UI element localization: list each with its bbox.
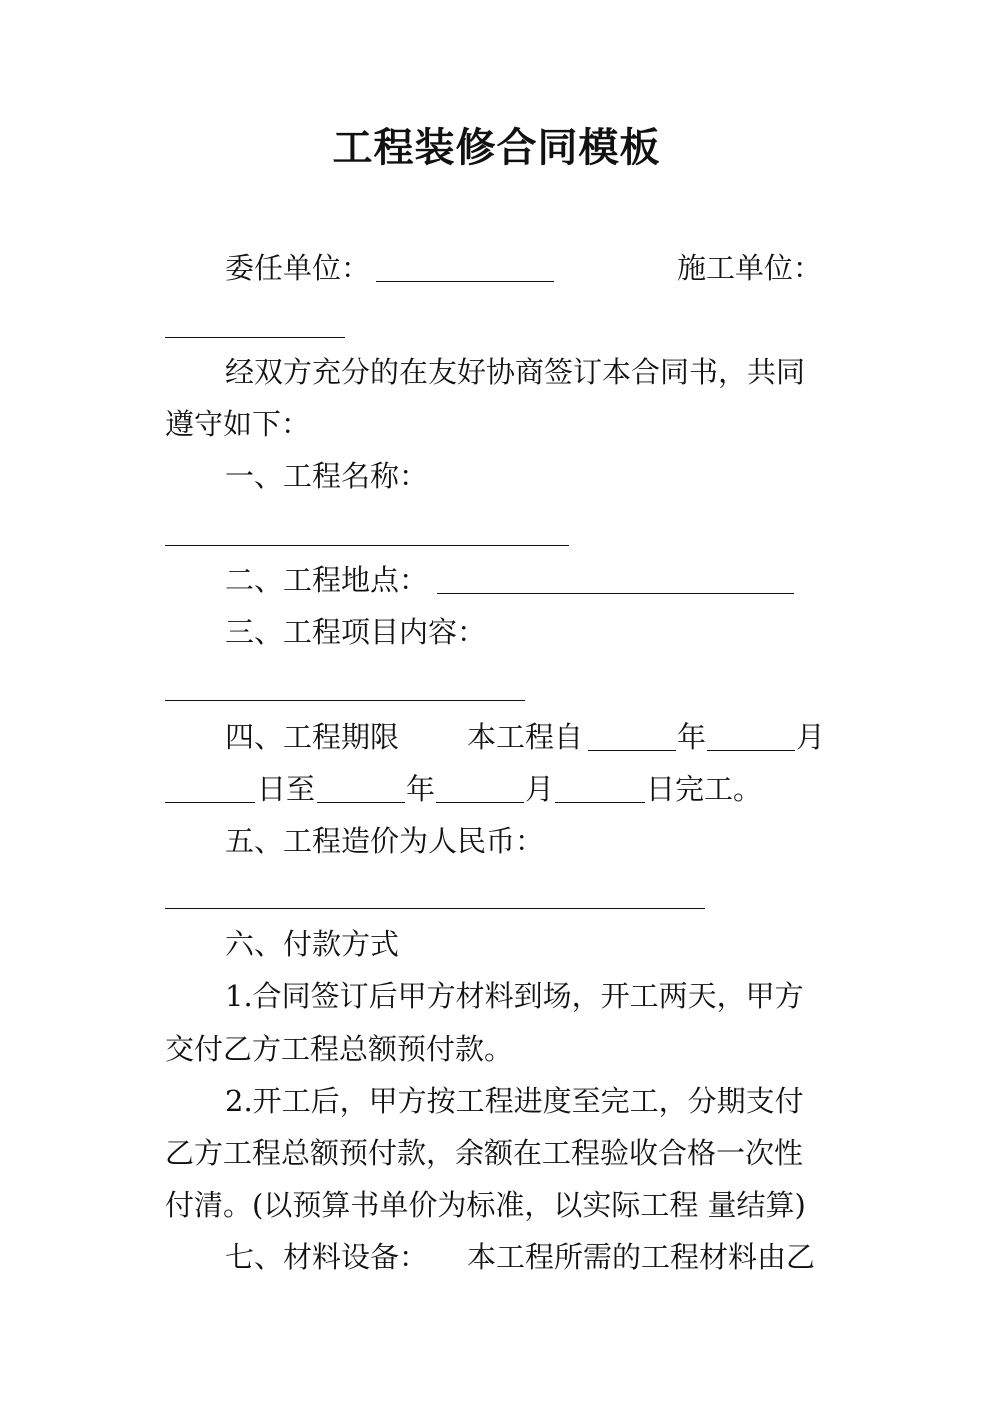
section-3-project-content-label: 三、工程项目内容： <box>225 612 486 652</box>
client-blank[interactable] <box>376 281 554 282</box>
end-month-blank[interactable] <box>436 802 524 803</box>
section-2-project-location-label: 二、工程地点： <box>225 560 428 600</box>
intro-line-2: 遵守如下： <box>165 404 310 444</box>
payment-item-1-line-2: 交付乙方工程总额预付款。 <box>165 1029 513 1069</box>
payment-item-2-line-2: 乙方工程总额预付款，余额在工程验收合格一次性 <box>165 1133 803 1173</box>
document-title: 工程装修合同模板 <box>0 122 993 174</box>
end-day-blank[interactable] <box>555 802 645 803</box>
intro-line-1: 经双方充分的在友好协商签订本合同书，共同 <box>225 352 805 392</box>
project-content-blank[interactable] <box>165 700 525 701</box>
section-4-duration-label: 四、工程期限 <box>225 717 399 757</box>
project-name-blank[interactable] <box>165 545 569 546</box>
contractor-label: 施工单位： <box>677 248 822 288</box>
payment-item-1-line-1: 1.合同签订后甲方材料到场，开工两天，甲方 <box>225 976 804 1016</box>
payment-item-2-line-3: 付清。(以预算书单价为标准，以实际工程 量结算) <box>165 1185 806 1225</box>
contractor-blank[interactable] <box>165 337 345 338</box>
document-page: 工程装修合同模板 委任单位： 施工单位： 经双方充分的在友好协商签订本合同书，共… <box>0 0 993 1404</box>
start-day-blank[interactable] <box>165 802 255 803</box>
client-label: 委任单位： <box>225 248 370 288</box>
end-month-unit: 月 <box>525 769 554 809</box>
materials-text: 本工程所需的工程材料由乙 <box>467 1237 815 1277</box>
section-5-price-label: 五、工程造价为人民币： <box>225 821 544 861</box>
section-1-project-name-label: 一、工程名称： <box>225 456 428 496</box>
price-blank[interactable] <box>165 908 705 909</box>
section-6-payment-label: 六、付款方式 <box>225 924 399 964</box>
section-7-materials-label: 七、材料设备： <box>225 1237 428 1277</box>
end-year-unit: 年 <box>406 769 435 809</box>
start-year-blank[interactable] <box>588 750 676 751</box>
start-month-blank[interactable] <box>707 750 795 751</box>
start-month-unit: 月 <box>796 717 825 757</box>
project-location-blank[interactable] <box>437 593 794 594</box>
start-date-text: 本工程自 <box>467 717 583 757</box>
end-year-blank[interactable] <box>317 802 405 803</box>
completion-text: 日完工。 <box>646 769 762 809</box>
start-day-to: 日至 <box>257 769 315 809</box>
payment-item-2-line-1: 2.开工后，甲方按工程进度至完工，分期支付 <box>225 1081 804 1121</box>
start-year-unit: 年 <box>677 717 706 757</box>
